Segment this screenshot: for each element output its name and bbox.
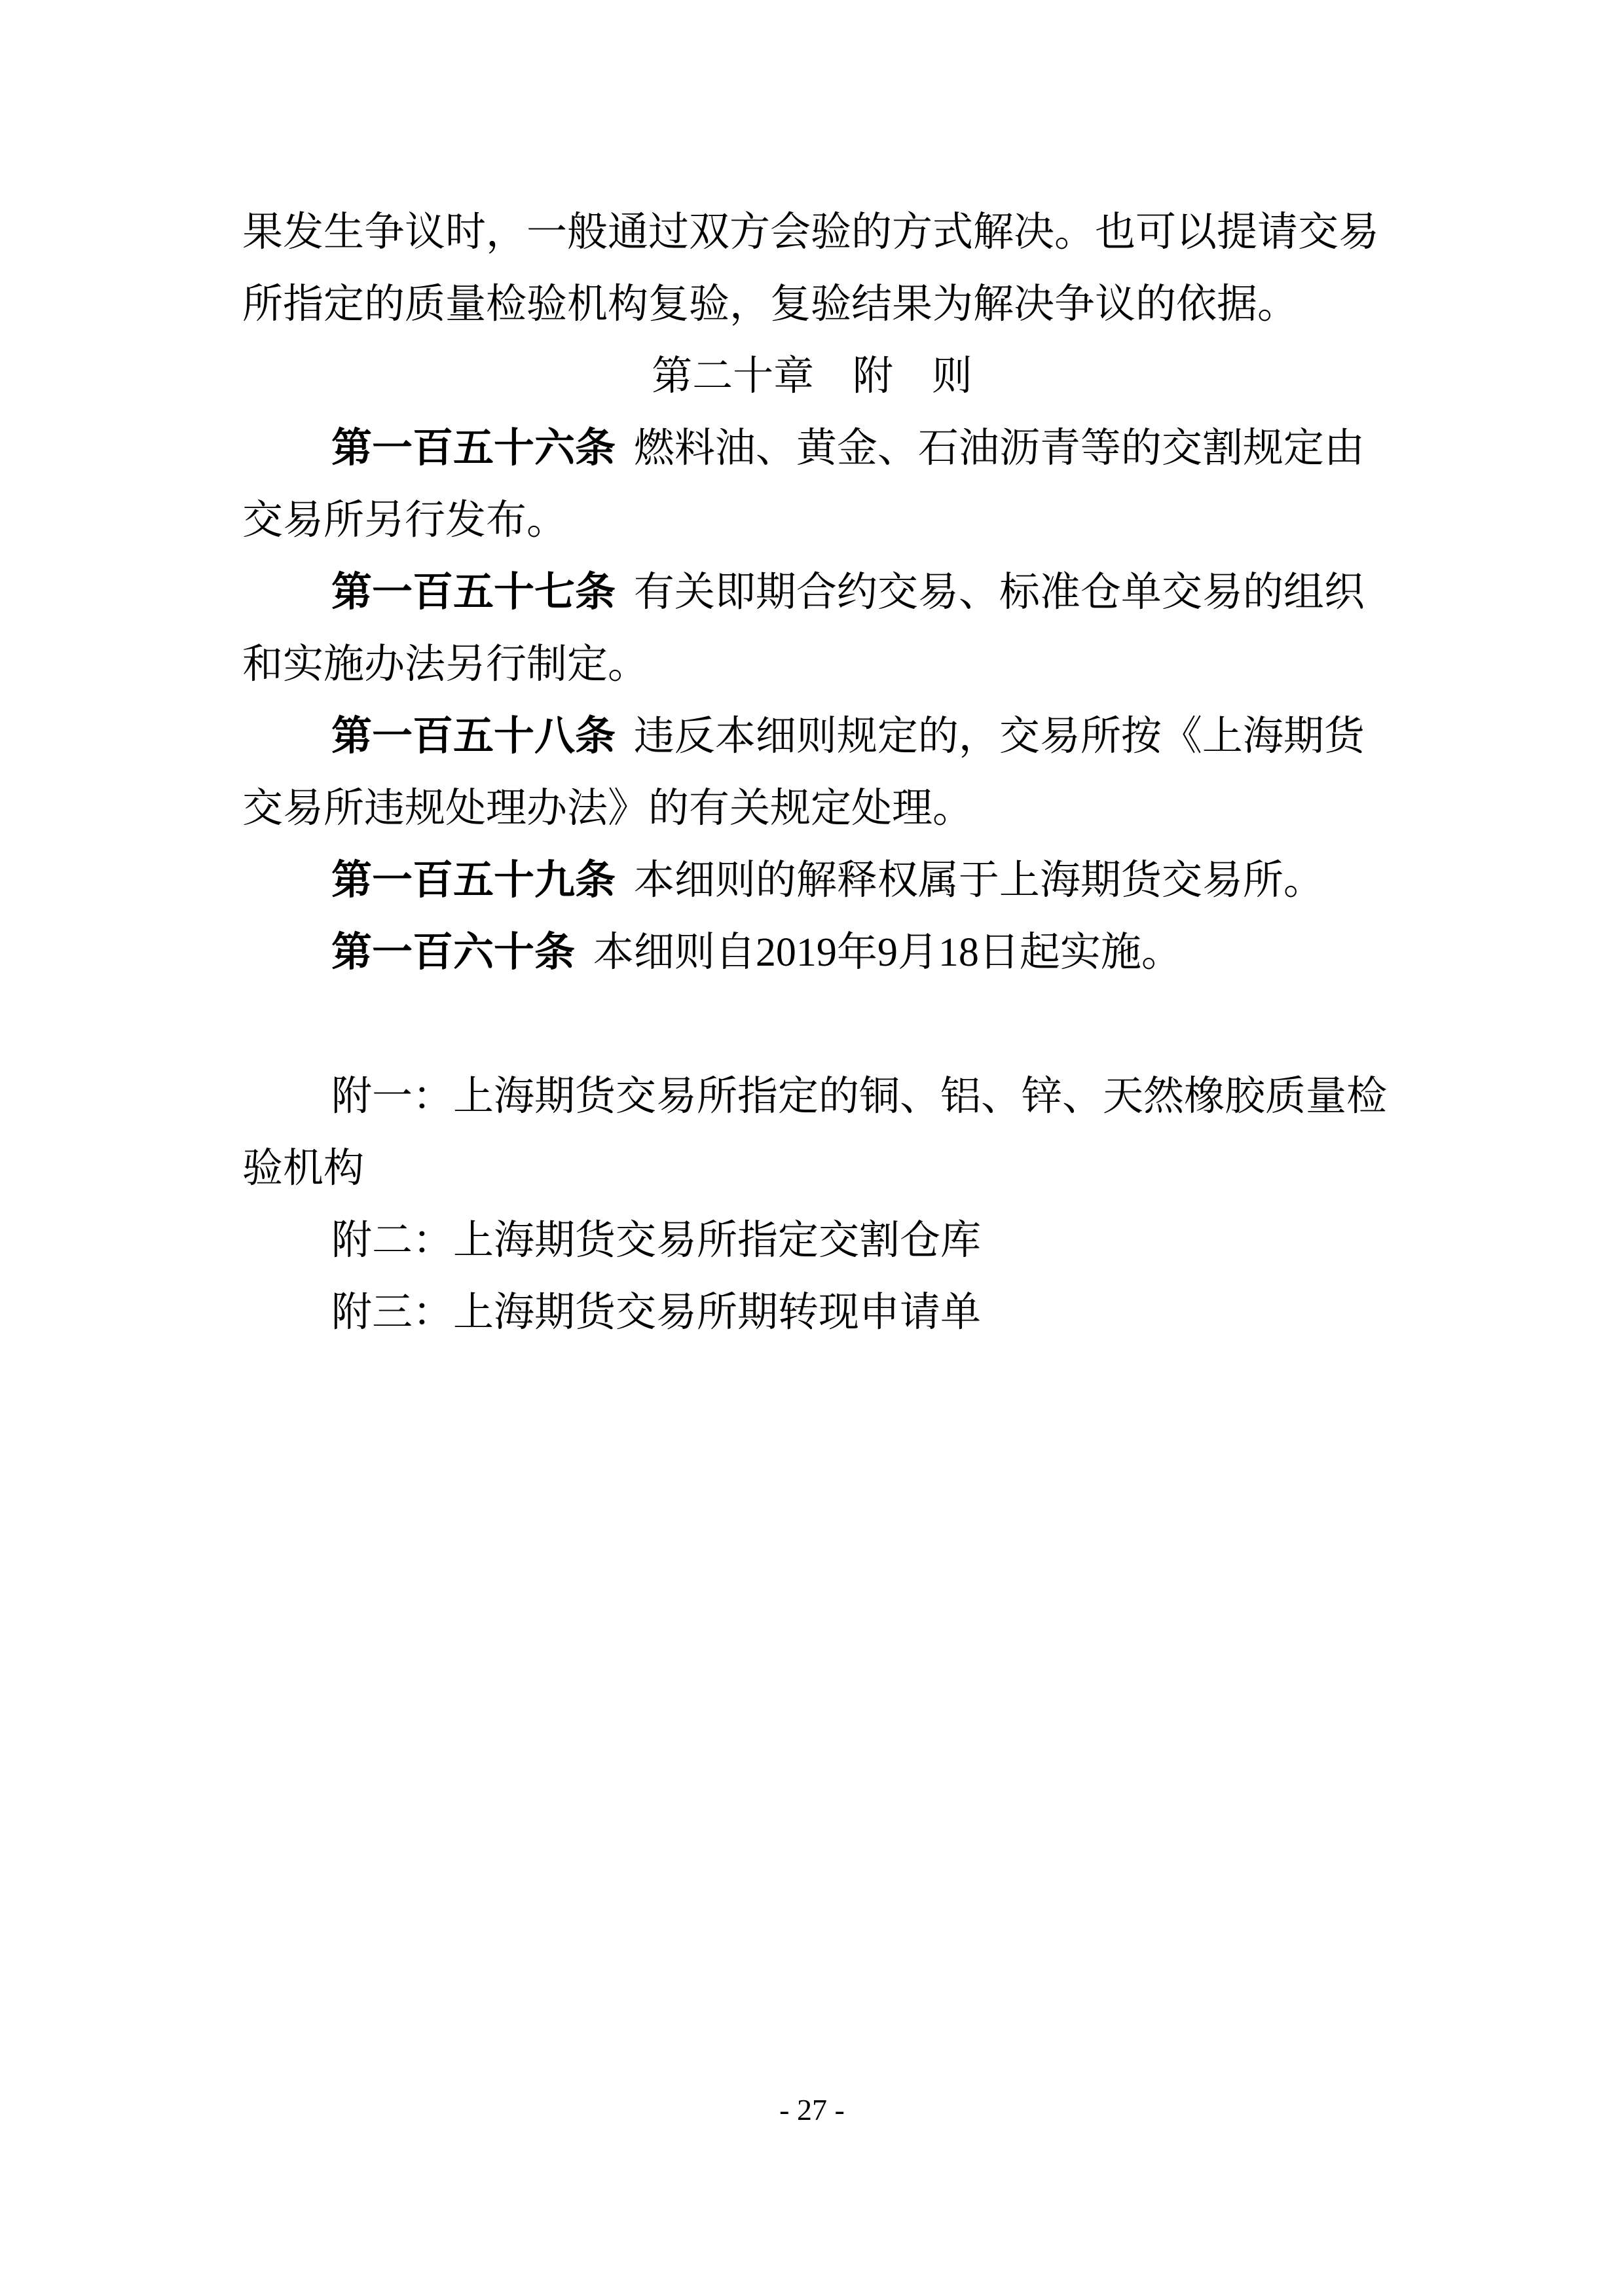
text-line: 附三：上海期货交易所期转现申请单 <box>242 1277 1382 1349</box>
text-line: 第一百五十八条违反本细则规定的，交易所按《上海期货 <box>242 701 1382 773</box>
line-text: 交易所违规处理办法》的有关规定处理。 <box>242 786 973 831</box>
article-number: 第一百五十七条 <box>331 570 616 615</box>
line-text: 所指定的质量检验机构复验，复验结果为解决争议的依据。 <box>242 282 1298 327</box>
article-number: 第一百五十九条 <box>331 858 616 903</box>
line-text: 附二：上海期货交易所指定交割仓库 <box>331 1218 981 1263</box>
line-text: 和实施办法另行制定。 <box>242 642 648 687</box>
line-text: 附三：上海期货交易所期转现申请单 <box>331 1290 981 1335</box>
article-number: 第一百五十六条 <box>331 426 616 471</box>
line-text: 有关即期合约交易、标准仓单交易的组织 <box>634 570 1365 615</box>
article-number: 第一百六十条 <box>331 930 575 975</box>
text-line: 交易所另行发布。 <box>242 484 1382 556</box>
article-number: 第一百五十八条 <box>331 714 616 759</box>
line-text: 本细则自2019年9月18日起实施。 <box>593 930 1182 975</box>
text-line: 第一百五十七条有关即期合约交易、标准仓单交易的组织 <box>242 556 1382 629</box>
document-body: 果发生争议时，一般通过双方会验的方式解决。也可以提请交易所指定的质量检验机构复验… <box>242 196 1382 1349</box>
text-line: 附一：上海期货交易所指定的铜、铝、锌、天然橡胶质量检 <box>242 1061 1382 1133</box>
line-text: 第二十章 附 则 <box>652 354 972 399</box>
line-text: 附一：上海期货交易所指定的铜、铝、锌、天然橡胶质量检 <box>331 1074 1387 1119</box>
line-text: 验机构 <box>242 1146 364 1191</box>
document-page: 果发生争议时，一般通过双方会验的方式解决。也可以提请交易所指定的质量检验机构复验… <box>0 0 1624 2296</box>
text-line: 所指定的质量检验机构复验，复验结果为解决争议的依据。 <box>242 268 1382 340</box>
text-line: 果发生争议时，一般通过双方会验的方式解决。也可以提请交易 <box>242 196 1382 268</box>
text-line: 交易所违规处理办法》的有关规定处理。 <box>242 773 1382 845</box>
text-line: 第一百六十条本细则自2019年9月18日起实施。 <box>242 917 1382 989</box>
line-text: 交易所另行发布。 <box>242 498 567 543</box>
line-text: 违反本细则规定的，交易所按《上海期货 <box>634 714 1365 759</box>
text-line: 第一百五十九条本细则的解释权属于上海期货交易所。 <box>242 845 1382 917</box>
blank-line <box>242 989 1382 1061</box>
line-text: 果发生争议时，一般通过双方会验的方式解决。也可以提请交易 <box>242 210 1379 255</box>
line-text: 燃料油、黄金、石油沥青等的交割规定由 <box>634 426 1365 471</box>
page-number: - 27 - <box>0 2095 1624 2125</box>
line-text: 本细则的解释权属于上海期货交易所。 <box>634 858 1324 903</box>
text-line: 附二：上海期货交易所指定交割仓库 <box>242 1205 1382 1277</box>
text-line: 验机构 <box>242 1133 1382 1205</box>
text-line: 和实施办法另行制定。 <box>242 629 1382 701</box>
text-line: 第一百五十六条燃料油、黄金、石油沥青等的交割规定由 <box>242 412 1382 484</box>
chapter-heading: 第二十章 附 则 <box>242 340 1382 412</box>
